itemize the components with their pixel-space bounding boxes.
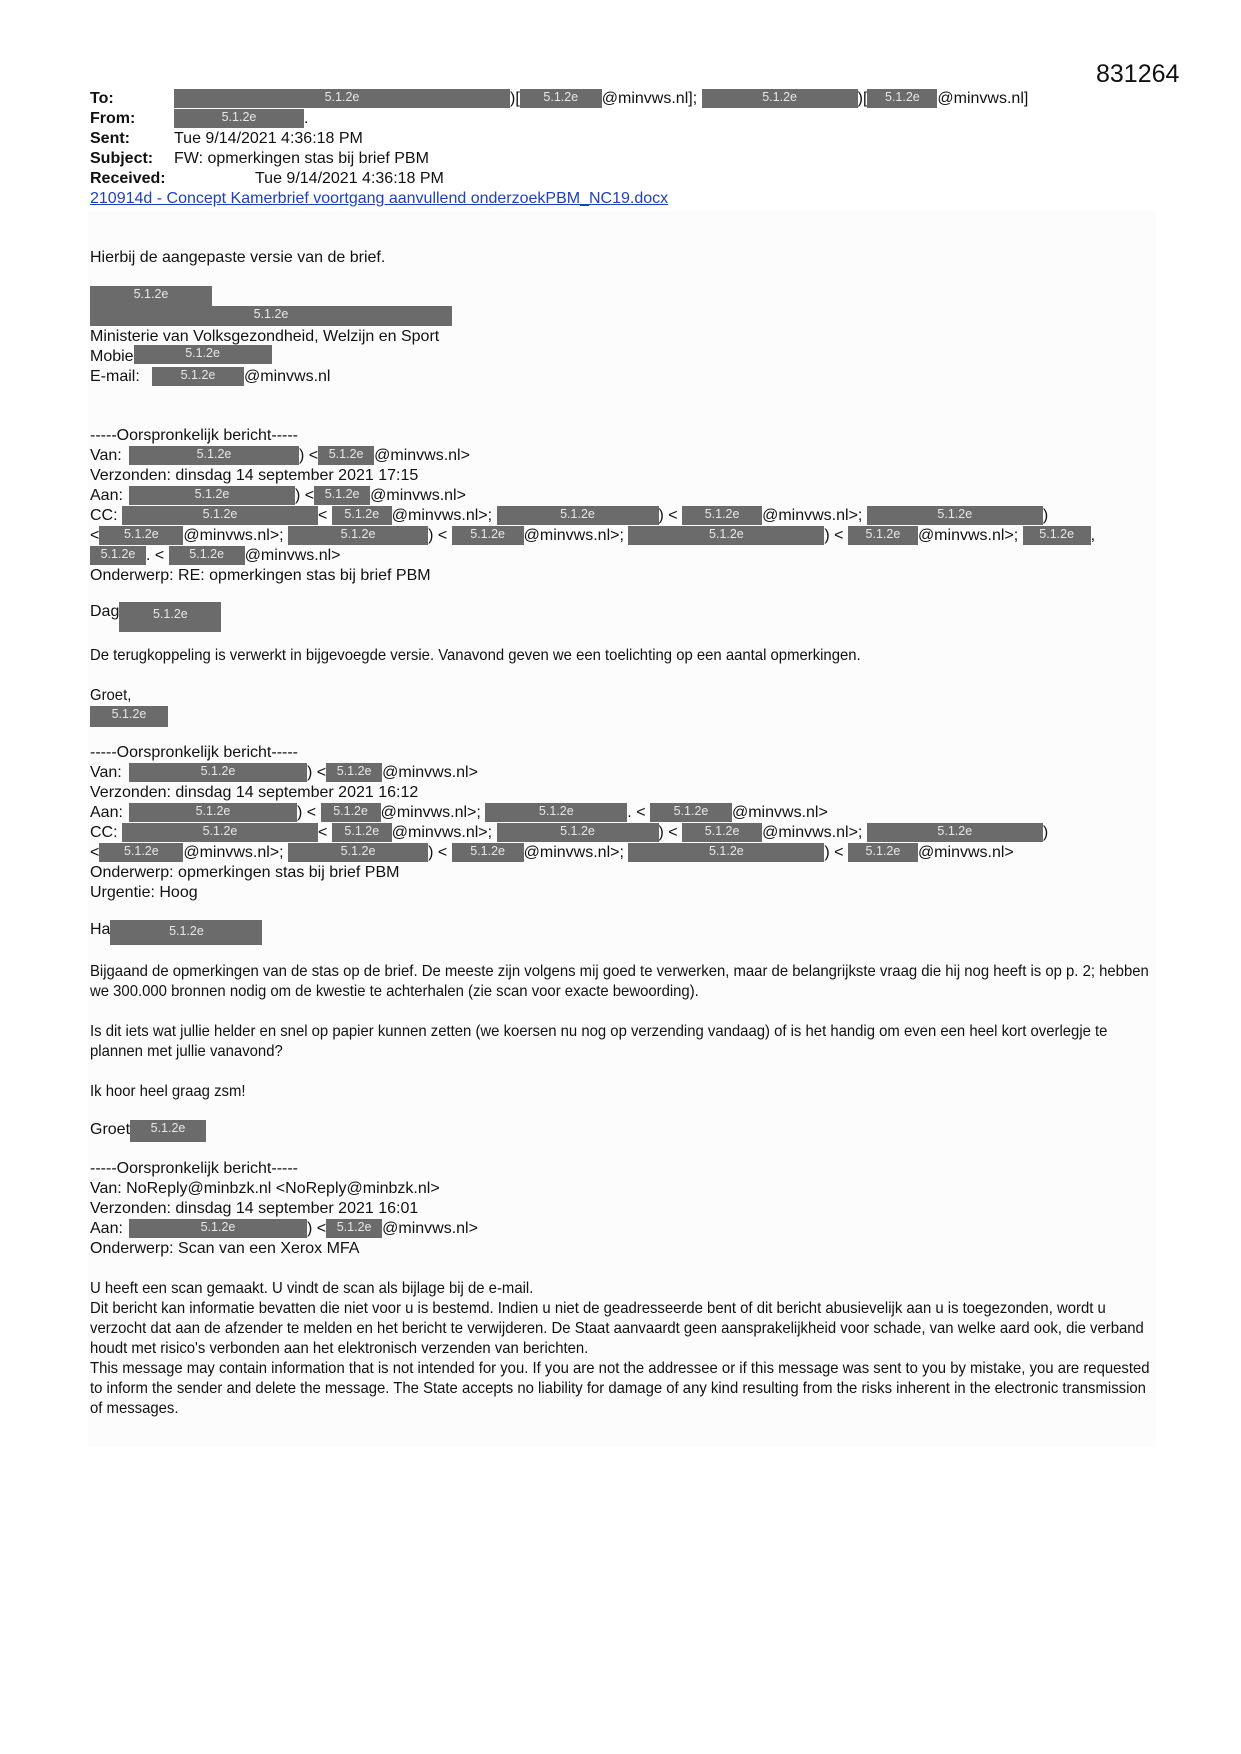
redaction: 5.1.2e xyxy=(99,843,183,862)
redaction: 5.1.2e xyxy=(99,526,183,545)
redaction: 5.1.2e xyxy=(332,823,392,842)
redaction: 5.1.2e xyxy=(848,843,918,862)
message2-verzonden: Verzonden: dinsdag 14 september 2021 17:… xyxy=(90,466,418,486)
redaction: 5.1.2e xyxy=(110,920,262,945)
redaction: 5.1.2e xyxy=(702,89,858,108)
redaction: 5.1.2e xyxy=(682,823,762,842)
redaction: 5.1.2e xyxy=(650,803,732,822)
message2-signature: 5.1.2e xyxy=(90,706,168,727)
redaction: 5.1.2e xyxy=(119,602,221,632)
message3-separator: -----Oorspronkelijk bericht----- xyxy=(90,743,298,763)
signature-mobile: Mobie5.1.2e xyxy=(90,347,272,367)
header-sent: Sent:Tue 9/14/2021 4:36:18 PM xyxy=(90,129,363,149)
message2-separator: -----Oorspronkelijk bericht----- xyxy=(90,426,298,446)
redaction: 5.1.2e xyxy=(90,306,452,326)
message3-van: Van:5.1.2e) <5.1.2e@minvws.nl> xyxy=(90,763,478,783)
redaction: 5.1.2e xyxy=(90,286,212,306)
header-from: From:5.1.2e. xyxy=(90,109,308,129)
message2-greeting: Dag5.1.2e xyxy=(90,602,221,632)
message4-verzonden: Verzonden: dinsdag 14 september 2021 16:… xyxy=(90,1199,418,1219)
message3-para3: Ik hoor heel graag zsm! xyxy=(90,1082,245,1102)
redaction: 5.1.2e xyxy=(452,843,524,862)
message2-van: Van:5.1.2e) <5.1.2e@minvws.nl> xyxy=(90,446,470,466)
redaction: 5.1.2e xyxy=(129,763,307,782)
message3-para2: Is dit iets wat jullie helder en snel op… xyxy=(90,1022,1150,1062)
header-subject: Subject:FW: opmerkingen stas bij brief P… xyxy=(90,149,429,169)
redaction: 5.1.2e xyxy=(288,526,428,545)
message4-separator: -----Oorspronkelijk bericht----- xyxy=(90,1159,298,1179)
redaction: 5.1.2e xyxy=(452,526,524,545)
redaction: 5.1.2e xyxy=(332,506,392,525)
redaction: 5.1.2e xyxy=(90,706,168,727)
redaction: 5.1.2e xyxy=(867,89,937,108)
redaction: 5.1.2e xyxy=(1023,526,1091,545)
redaction: 5.1.2e xyxy=(174,109,304,128)
message2-cc: CC:5.1.2e< 5.1.2e@minvws.nl>; 5.1.2e) < … xyxy=(90,506,1048,526)
redaction: 5.1.2e xyxy=(122,506,318,525)
document-number: 831264 xyxy=(1096,60,1179,89)
message3-para1: Bijgaand de opmerkingen van de stas op d… xyxy=(90,962,1150,1002)
message1-body: Hierbij de aangepaste versie van de brie… xyxy=(90,248,385,268)
redaction: 5.1.2e xyxy=(848,526,918,545)
redaction: 5.1.2e xyxy=(174,89,510,108)
message4-body: U heeft een scan gemaakt. U vindt de sca… xyxy=(90,1279,533,1299)
message4-aan: Aan:5.1.2e) <5.1.2e@minvws.nl> xyxy=(90,1219,478,1239)
redaction: 5.1.2e xyxy=(134,345,272,364)
attachment-row: 210914d - Concept Kamerbrief voortgang a… xyxy=(90,189,668,209)
redaction: 5.1.2e xyxy=(326,1219,382,1238)
disclaimer-nl: Dit bericht kan informatie bevatten die … xyxy=(90,1299,1150,1359)
message3-onderwerp: Onderwerp: opmerkingen stas bij brief PB… xyxy=(90,863,399,883)
redaction: 5.1.2e xyxy=(288,843,428,862)
redaction: 5.1.2e xyxy=(129,803,297,822)
redaction: 5.1.2e xyxy=(682,506,762,525)
header-to: To:5.1.2e)[5.1.2e@minvws.nl]; 5.1.2e)[5.… xyxy=(90,89,1028,109)
redaction: 5.1.2e xyxy=(314,486,370,505)
redaction: 5.1.2e xyxy=(321,803,381,822)
redaction: 5.1.2e xyxy=(497,506,659,525)
header-received: Received:Tue 9/14/2021 4:36:18 PM xyxy=(90,169,444,189)
redaction: 5.1.2e xyxy=(867,823,1043,842)
redaction: 5.1.2e xyxy=(122,823,318,842)
redaction: 5.1.2e xyxy=(497,823,659,842)
disclaimer-en: This message may contain information tha… xyxy=(90,1359,1150,1419)
redaction: 5.1.2e xyxy=(628,526,824,545)
signature-name: 5.1.2e xyxy=(90,286,212,306)
message3-verzonden: Verzonden: dinsdag 14 september 2021 16:… xyxy=(90,783,418,803)
message3-cc: CC:5.1.2e< 5.1.2e@minvws.nl>; 5.1.2e) < … xyxy=(90,823,1048,843)
attachment-link[interactable]: 210914d - Concept Kamerbrief voortgang a… xyxy=(90,190,668,207)
redaction: 5.1.2e xyxy=(129,1219,307,1238)
redaction: 5.1.2e xyxy=(152,367,244,386)
message4-onderwerp: Onderwerp: Scan van een Xerox MFA xyxy=(90,1239,359,1259)
message3-greeting: Ha5.1.2e xyxy=(90,920,262,945)
redaction: 5.1.2e xyxy=(520,89,602,108)
message2-aan: Aan:5.1.2e) <5.1.2e@minvws.nl> xyxy=(90,486,466,506)
signature-org: Ministerie van Volksgezondheid, Welzijn … xyxy=(90,327,439,347)
message2-cc-cont1: <5.1.2e@minvws.nl>; 5.1.2e) < 5.1.2e@min… xyxy=(90,526,1095,546)
signature-email: E-mail:5.1.2e@minvws.nl xyxy=(90,367,330,387)
message3-cc-cont: <5.1.2e@minvws.nl>; 5.1.2e) < 5.1.2e@min… xyxy=(90,843,1014,863)
message4-van: Van: NoReply@minbzk.nl <NoReply@minbzk.n… xyxy=(90,1179,440,1199)
redaction: 5.1.2e xyxy=(867,506,1043,525)
message3-closing: Groet5.1.2e xyxy=(90,1120,206,1142)
redaction: 5.1.2e xyxy=(318,446,374,465)
message2-body: De terugkoppeling is verwerkt in bijgevo… xyxy=(90,646,861,666)
message3-aan: Aan:5.1.2e) < 5.1.2e@minvws.nl>; 5.1.2e.… xyxy=(90,803,828,823)
message2-closing: Groet, xyxy=(90,686,131,706)
redaction: 5.1.2e xyxy=(326,763,382,782)
redaction: 5.1.2e xyxy=(90,546,146,565)
signature-title: 5.1.2e xyxy=(90,306,452,326)
message2-onderwerp: Onderwerp: RE: opmerkingen stas bij brie… xyxy=(90,566,431,586)
redaction: 5.1.2e xyxy=(129,446,299,465)
redaction: 5.1.2e xyxy=(628,843,824,862)
message2-cc-cont2: 5.1.2e. < 5.1.2e@minvws.nl> xyxy=(90,546,341,566)
message3-urgentie: Urgentie: Hoog xyxy=(90,883,198,903)
redaction: 5.1.2e xyxy=(169,546,245,565)
redaction: 5.1.2e xyxy=(129,486,295,505)
redaction: 5.1.2e xyxy=(485,803,627,822)
redaction: 5.1.2e xyxy=(130,1120,206,1142)
